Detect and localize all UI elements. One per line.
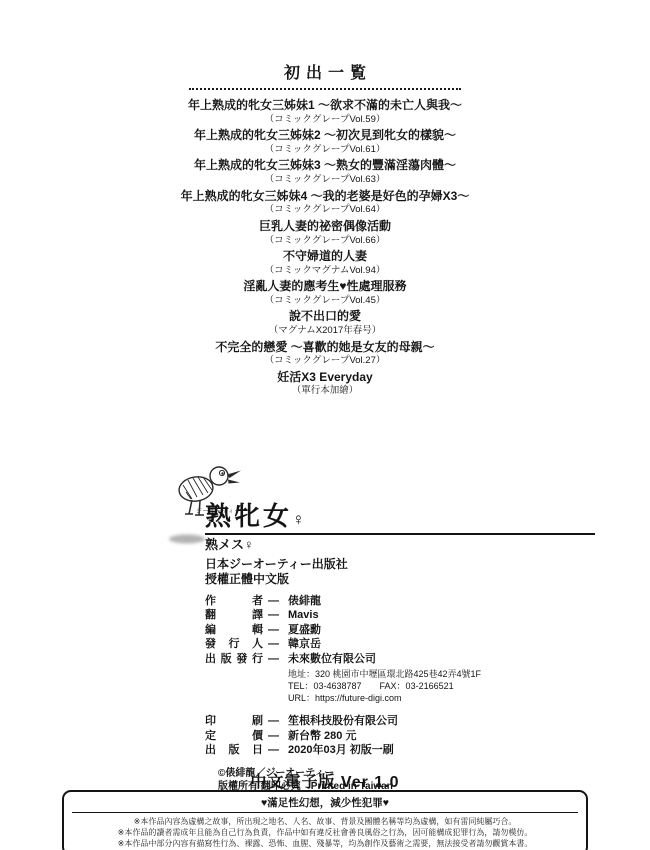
license-note: 授權正體中文版 [205, 572, 595, 587]
book-title-japanese: 熟メス♀ [205, 538, 595, 552]
work-source: （コミックグレープVol.45） [0, 295, 650, 306]
work-title: 說不出口的愛 [0, 310, 650, 324]
work-source: （單行本加繪） [0, 385, 650, 396]
work-item: 不完全的戀愛 ～喜歡的她是女友的母親～ （コミックグレープVol.27） [0, 341, 650, 367]
credit-label: 出版日 [205, 744, 263, 757]
work-title: 年上熟成的牝女三姊妹2 ～初次見到牝女的樣貌～ [0, 129, 650, 143]
credit-dash: ― [268, 653, 279, 706]
disclaimer-slogan: ♥滿足性幻想，減少性犯罪♥ [72, 794, 578, 813]
credit-details: 地址：320 桃園市中壢區環北路425巷42弄4號1FTEL：03-463878… [288, 668, 595, 704]
work-item: 年上熟成的牝女三姊妹2 ～初次見到牝女的樣貌～ （コミックグレープVol.61） [0, 129, 650, 155]
works-list: 年上熟成的牝女三姊妹1 ～欲求不滿的未亡人與我～ （コミックグレープVol.59… [0, 99, 650, 397]
work-item: 年上熟成的牝女三姊妹4 ～我的老婆是好色的孕婦X3～ （コミックグレープVol.… [0, 190, 650, 216]
credit-detail-line: URL：https://future-digi.com [288, 692, 595, 704]
work-source: （コミックグレープVol.66） [0, 235, 650, 246]
work-source: （コミックグレープVol.64） [0, 204, 650, 215]
work-source: （マグナムX2017年春号） [0, 325, 650, 336]
work-item: 妊活X3 Everyday （單行本加繪） [0, 371, 650, 397]
work-item: 淫亂人妻的應考生♥性處理服務 （コミックグレープVol.45） [0, 280, 650, 306]
disclaimer-note: ※本作品的讀者需成年且能為自己行為負責，作品中如有違反社會善良風俗之行為，因可能… [72, 827, 578, 838]
dotted-divider [189, 88, 461, 90]
credit-dash: ― [268, 744, 279, 757]
work-item: 年上熟成的牝女三姊妹1 ～欲求不滿的未亡人與我～ （コミックグレープVol.59… [0, 99, 650, 125]
credit-value: 2020年03月 初版一刷 [288, 744, 595, 757]
credit-value: 新台幣 280 元 [288, 730, 595, 743]
credit-label: 印刷 [205, 715, 263, 728]
credit-label: 發行人 [205, 638, 263, 651]
credit-dash: ― [268, 609, 279, 622]
credit-detail-line: TEL：03-4638787 FAX：03-2166521 [288, 680, 595, 692]
credit-row: 定價 ― 新台幣 280 元 [205, 730, 595, 743]
credit-dash: ― [268, 595, 279, 608]
work-title: 年上熟成的牝女三姊妹4 ～我的老婆是好色的孕婦X3～ [0, 190, 650, 204]
credit-row: 翻譯 ― Mavis [205, 609, 595, 622]
credit-label: 編輯 [205, 624, 263, 637]
book-title-text: 熟牝女 [205, 501, 292, 531]
credit-value: 韓京岳 [288, 638, 595, 651]
credits-list: 作者 ― 俵緋龍 翻譯 ― Mavis 編輯 ― 夏盛勳 發行人 ― 韓京岳 出… [205, 595, 595, 758]
colophon-section: 熟牝女♀ 熟メス♀ 日本ジーオーティー出版社 授權正體中文版 作者 ― 俵緋龍 … [205, 503, 595, 806]
work-title: 淫亂人妻的應考生♥性處理服務 [0, 280, 650, 294]
work-source: （コミックマグナムVol.94） [0, 265, 650, 276]
work-title: 妊活X3 Everyday [0, 371, 650, 385]
credit-row: 編輯 ― 夏盛勳 [205, 624, 595, 637]
work-title: 不完全的戀愛 ～喜歡的她是女友的母親～ [0, 341, 650, 355]
work-title: 巨乳人妻的祕密偶像活動 [0, 220, 650, 234]
credit-label: 作者 [205, 595, 263, 608]
credit-value: 笙根科技股份有限公司 [288, 715, 595, 728]
credit-row: 作者 ― 俵緋龍 [205, 595, 595, 608]
work-source: （コミックグレープVol.59） [0, 114, 650, 125]
credit-dash: ― [268, 730, 279, 743]
credit-dash: ― [268, 638, 279, 651]
credit-dash: ― [268, 624, 279, 637]
edition-label: 中文電子版 Ver 1.0 [0, 769, 650, 792]
work-source: （コミックグレープVol.61） [0, 144, 650, 155]
work-title: 不守婦道的人妻 [0, 250, 650, 264]
disclaimer-box: ♥滿足性幻想，減少性犯罪♥ ※本作品內容為虛構之故事，所出現之地名、人名、故事、… [62, 790, 588, 850]
credit-row: 印刷 ― 笙根科技股份有限公司 [205, 715, 595, 728]
work-title: 年上熟成的牝女三姊妹3 ～熟女的豐滿淫蕩肉體～ [0, 159, 650, 173]
work-source: （コミックグレープVol.63） [0, 174, 650, 185]
credit-value: 未來數位有限公司 [288, 653, 595, 666]
book-title: 熟牝女♀ [205, 503, 595, 535]
first-publication-section: 初出一覧 年上熟成的牝女三姊妹1 ～欲求不滿的未亡人與我～ （コミックグレープV… [0, 60, 650, 401]
first-publication-title: 初出一覧 [0, 60, 650, 83]
credit-value: 夏盛勳 [288, 624, 595, 637]
work-source: （コミックグレープVol.27） [0, 355, 650, 366]
work-title: 年上熟成的牝女三姊妹1 ～欲求不滿的未亡人與我～ [0, 99, 650, 113]
credit-row: 出版發行 ― 未來數位有限公司 地址：320 桃園市中壢區環北路425巷42弄4… [205, 653, 595, 706]
disclaimer-note: ※本作品中部分內容有描寫性行為、裸露、恐怖、血腥、殘暴等，均為創作及藝術之需要，… [72, 838, 578, 849]
credit-row: 出版日 ― 2020年03月 初版一刷 [205, 744, 595, 757]
credit-detail-line: 地址：320 桃園市中壢區環北路425巷42弄4號1F [288, 668, 595, 680]
credit-value: Mavis [288, 609, 595, 622]
colophon-page: 初出一覧 年上熟成的牝女三姊妹1 ～欲求不滿的未亡人與我～ （コミックグレープV… [0, 0, 650, 850]
credit-dash: ― [268, 715, 279, 728]
credit-label: 翻譯 [205, 609, 263, 622]
female-symbol: ♀ [292, 510, 305, 529]
work-item: 說不出口的愛 （マグナムX2017年春号） [0, 310, 650, 336]
disclaimer-note: ※本作品內容為虛構之故事，所出現之地名、人名、故事、背景及團體名稱等均為虛構，如… [72, 816, 578, 827]
work-item: 年上熟成的牝女三姊妹3 ～熟女的豐滿淫蕩肉體～ （コミックグレープVol.63） [0, 159, 650, 185]
disclaimer-notes: ※本作品內容為虛構之故事，所出現之地名、人名、故事、背景及團體名稱等均為虛構，如… [72, 816, 578, 850]
credit-label: 定價 [205, 730, 263, 743]
credit-label: 出版發行 [205, 653, 263, 706]
original-publisher-name: 日本ジーオーティー出版社 [205, 557, 595, 572]
original-publisher: 日本ジーオーティー出版社 授權正體中文版 [205, 557, 595, 586]
work-item: 不守婦道的人妻 （コミックマグナムVol.94） [0, 250, 650, 276]
credit-value: 俵緋龍 [288, 595, 595, 608]
credit-row: 發行人 ― 韓京岳 [205, 638, 595, 651]
work-item: 巨乳人妻的祕密偶像活動 （コミックグレープVol.66） [0, 220, 650, 246]
